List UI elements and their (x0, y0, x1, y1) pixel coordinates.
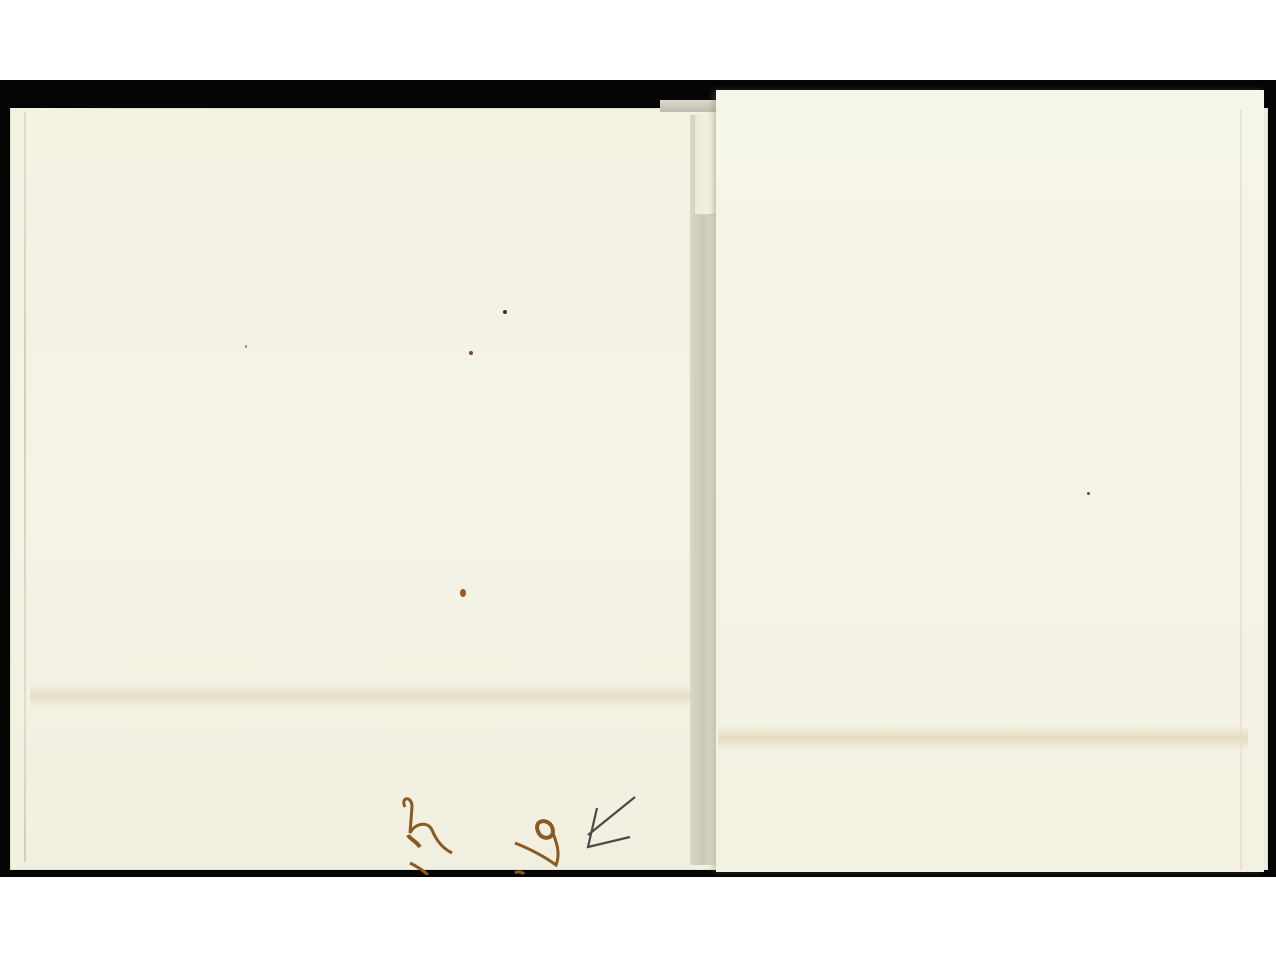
pencil-arrow-icon (588, 797, 635, 847)
ink-dot (1087, 492, 1090, 495)
ink-dot (469, 351, 473, 355)
ink-dot (245, 345, 247, 348)
right-edge-crease (1240, 110, 1242, 870)
right-fold-panel (716, 90, 1264, 872)
foxing-spot (460, 589, 466, 597)
left-edge-crease (24, 112, 26, 862)
ink-dot (503, 310, 507, 314)
gutter-top-edge (660, 100, 716, 112)
left-fold-panel (12, 108, 698, 868)
left-horizontal-crease (30, 685, 700, 707)
manuscript-ink-fragment (380, 775, 660, 875)
right-horizontal-crease (718, 725, 1248, 751)
